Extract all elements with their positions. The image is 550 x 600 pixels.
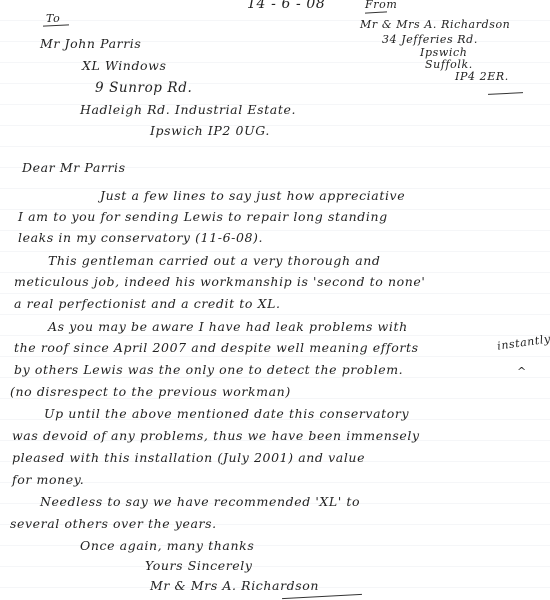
insertion-caret: ^ [517,365,526,378]
body-line: the roof since April 2007 and despite we… [14,340,419,355]
recipient-company: XL Windows [82,58,167,73]
sender-name: Mr & Mrs A. Richardson [360,18,510,31]
to-underline [43,24,69,26]
letter-date: 14 - 6 - 08 [247,0,325,12]
body-line: several others over the years. [10,516,217,531]
body-line: I am to you for sending Lewis to repair … [18,209,388,224]
body-line: was devoid of any problems, thus we have… [12,428,420,443]
recipient-name: Mr John Parris [40,36,141,51]
to-label: To [46,12,60,25]
body-line: meticulous job, indeed his workmanship i… [14,274,425,289]
from-label: From [365,0,397,11]
sender-street: 34 Jefferies Rd. [382,33,478,46]
margin-note: instantly [496,332,550,352]
sender-postcode: IP4 2ER. [455,70,509,83]
letter-page: 14 - 6 - 08 From To Mr John Parris XL Wi… [0,0,550,600]
body-line: Up until the above mentioned date this c… [44,406,409,421]
body-line: for money. [12,472,84,487]
recipient-estate: Hadleigh Rd. Industrial Estate. [80,102,296,117]
body-line: a real perfectionist and a credit to XL. [14,296,281,311]
signature-underline [282,594,362,599]
body-line: Needless to say we have recommended 'XL'… [40,494,360,509]
from-underline [365,11,387,13]
sender-underline [488,92,523,95]
salutation: Dear Mr Parris [22,160,126,175]
body-line: Once again, many thanks [80,538,254,553]
body-line: Just a few lines to say just how appreci… [100,188,405,203]
recipient-city-postcode: Ipswich IP2 0UG. [150,123,270,138]
body-line: (no disrespect to the previous workman) [10,384,291,399]
signature: Mr & Mrs A. Richardson [150,578,319,593]
recipient-street: 9 Sunrop Rd. [95,80,192,96]
body-line: leaks in my conservatory (11-6-08). [18,230,263,245]
body-line: As you may be aware I have had leak prob… [48,319,408,334]
body-line: This gentleman carried out a very thorou… [48,253,381,268]
body-line: pleased with this installation (July 200… [12,450,365,465]
closing: Yours Sincerely [145,558,253,573]
body-line: by others Lewis was the only one to dete… [14,362,403,377]
